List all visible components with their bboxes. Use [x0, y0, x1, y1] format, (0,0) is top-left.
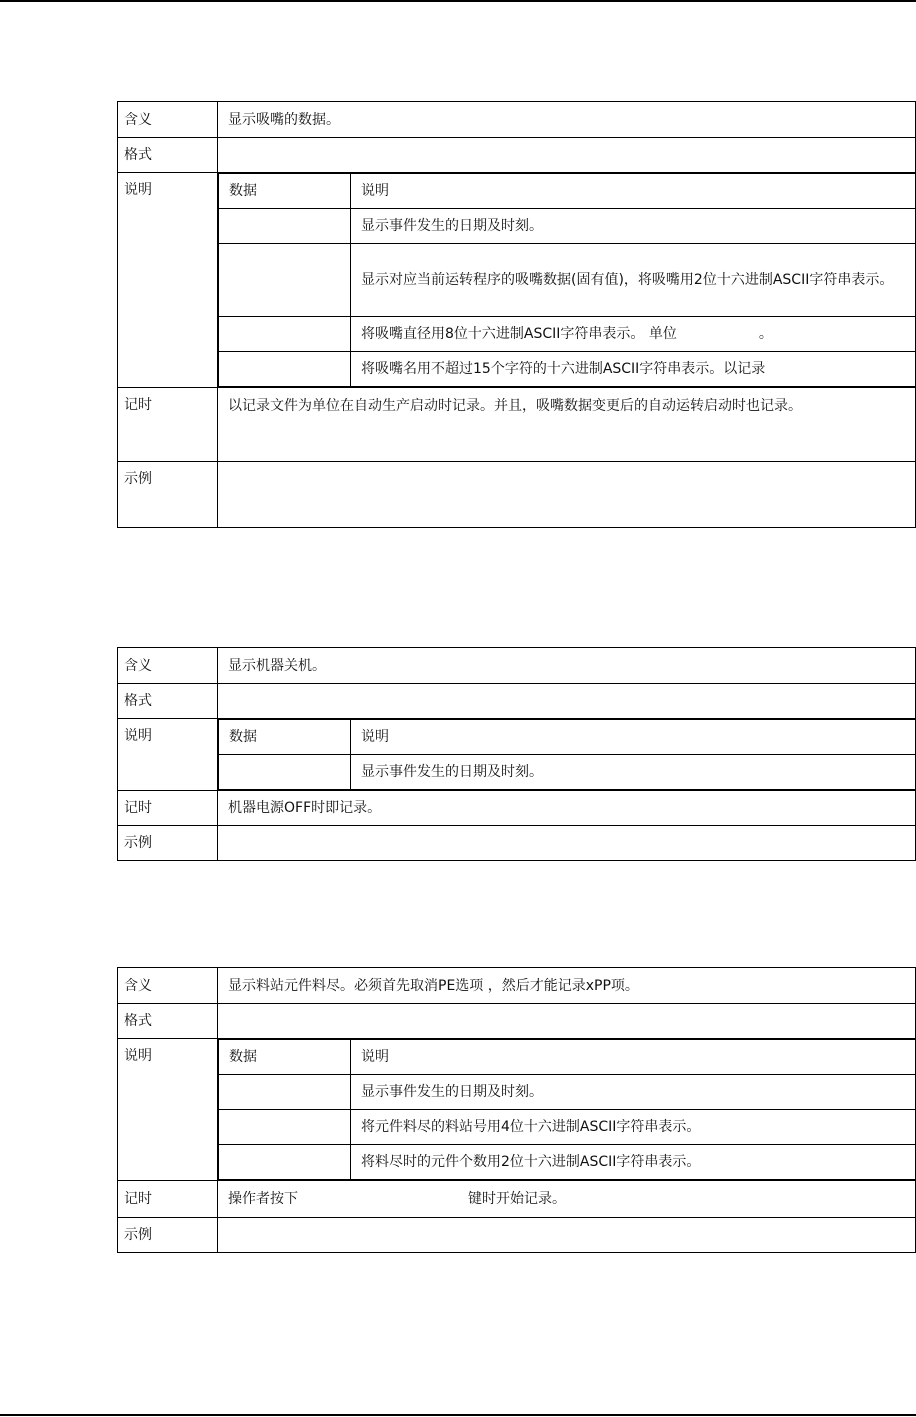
- description-row: 说明 数据 说明 显示事件发生的日期及时刻。: [118, 719, 916, 791]
- desc-cell: 将吸嘴直径用8位十六进制ASCII字符串表示。 单位。: [351, 317, 916, 352]
- desc-column-header: 说明: [351, 174, 916, 209]
- format-label: 格式: [118, 1004, 218, 1039]
- description-cell: 数据 说明 显示事件发生的日期及时刻。: [218, 719, 916, 791]
- timing-text-before: 操作者按下: [228, 1191, 298, 1207]
- description-cell: 数据 说明 显示事件发生的日期及时刻。 将元件料尽的料站号用4位十六进制ASCI…: [218, 1039, 916, 1181]
- example-row: 示例: [118, 1218, 916, 1253]
- meaning-value: 显示料站元件料尽。必须首先取消PE选项 ，然后才能记录xPP项。: [218, 968, 916, 1004]
- format-value: [218, 684, 916, 719]
- data-column-header: 数据: [219, 720, 351, 755]
- description-row: 说明 数据 说明 显示事件发生的日期及时刻。 将元件料尽的料站号用4位十六进制A…: [118, 1039, 916, 1181]
- data-column-header: 数据: [219, 1040, 351, 1075]
- timing-value: 以记录文件为单位在自动生产启动时记录。并且，吸嘴数据变更后的自动运转启动时也记录…: [218, 388, 916, 462]
- desc-cell: 显示对应当前运转程序的吸嘴数据(固有值)，将吸嘴用2位十六进制ASCII字符串表…: [351, 244, 916, 317]
- meaning-row: 含义 显示吸嘴的数据。: [118, 102, 916, 138]
- description-header-row: 数据 说明: [219, 720, 916, 755]
- description-item-row: 显示对应当前运转程序的吸嘴数据(固有值)，将吸嘴用2位十六进制ASCII字符串表…: [219, 244, 916, 317]
- example-row: 示例: [118, 826, 916, 861]
- meaning-value: 显示吸嘴的数据。: [218, 102, 916, 138]
- example-label: 示例: [118, 826, 218, 861]
- format-row: 格式: [118, 1004, 916, 1039]
- example-label: 示例: [118, 1218, 218, 1253]
- data-cell: [219, 1145, 351, 1180]
- desc-cell: 将料尽时的元件个数用2位十六进制ASCII字符串表示。: [351, 1145, 916, 1180]
- timing-row: 记时 操作者按下键时开始记录。: [118, 1181, 916, 1218]
- timing-row: 记时 机器电源OFF时即记录。: [118, 791, 916, 826]
- description-item-row: 将元件料尽的料站号用4位十六进制ASCII字符串表示。: [219, 1110, 916, 1145]
- data-cell: [219, 1075, 351, 1110]
- parts-empty-spec-table: 含义 显示料站元件料尽。必须首先取消PE选项 ，然后才能记录xPP项。 格式 说…: [117, 967, 916, 1253]
- description-label: 说明: [118, 173, 218, 388]
- example-label: 示例: [118, 462, 218, 528]
- description-item-row: 将吸嘴名用不超过15个字符的十六进制ASCII字符串表示。以记录: [219, 352, 916, 387]
- description-item-row: 将料尽时的元件个数用2位十六进制ASCII字符串表示。: [219, 1145, 916, 1180]
- format-row: 格式: [118, 684, 916, 719]
- data-cell: [219, 317, 351, 352]
- description-item-row: 显示事件发生的日期及时刻。: [219, 755, 916, 790]
- meaning-label: 含义: [118, 968, 218, 1004]
- machine-shutdown-spec-table: 含义 显示机器关机。 格式 说明 数据 说明 显示事件发生的日期及时刻。 记时 …: [117, 647, 916, 861]
- data-cell: [219, 244, 351, 317]
- description-cell: 数据 说明 显示事件发生的日期及时刻。 显示对应当前运转程序的吸嘴数据(固有值)…: [218, 173, 916, 388]
- description-item-row: 显示事件发生的日期及时刻。: [219, 209, 916, 244]
- example-value: [218, 1218, 916, 1253]
- format-value: [218, 1004, 916, 1039]
- data-cell: [219, 755, 351, 790]
- desc-cell: 将吸嘴名用不超过15个字符的十六进制ASCII字符串表示。以记录: [351, 352, 916, 387]
- format-label: 格式: [118, 138, 218, 173]
- description-subtable: 数据 说明 显示事件发生的日期及时刻。: [218, 719, 916, 790]
- desc-cell: 显示事件发生的日期及时刻。: [351, 209, 916, 244]
- page-header-rule: [0, 0, 916, 2]
- desc-column-header: 说明: [351, 1040, 916, 1075]
- nozzle-data-spec-table: 含义 显示吸嘴的数据。 格式 说明 数据 说明 显示事件发生的日期及时刻。 显示…: [117, 101, 916, 528]
- example-row: 示例: [118, 462, 916, 528]
- data-column-header: 数据: [219, 174, 351, 209]
- description-header-row: 数据 说明: [219, 1040, 916, 1075]
- description-label: 说明: [118, 719, 218, 791]
- timing-value: 机器电源OFF时即记录。: [218, 791, 916, 826]
- format-label: 格式: [118, 684, 218, 719]
- data-cell: [219, 352, 351, 387]
- desc-text: 将吸嘴直径用8位十六进制ASCII字符串表示。 单位: [361, 326, 677, 342]
- description-subtable: 数据 说明 显示事件发生的日期及时刻。 将元件料尽的料站号用4位十六进制ASCI…: [218, 1039, 916, 1180]
- format-value: [218, 138, 916, 173]
- desc-cell: 将元件料尽的料站号用4位十六进制ASCII字符串表示。: [351, 1110, 916, 1145]
- meaning-row: 含义 显示机器关机。: [118, 648, 916, 684]
- page-footer-rule: [0, 1414, 916, 1416]
- timing-label: 记时: [118, 1181, 218, 1218]
- description-subtable: 数据 说明 显示事件发生的日期及时刻。 显示对应当前运转程序的吸嘴数据(固有值)…: [218, 173, 916, 387]
- description-header-row: 数据 说明: [219, 174, 916, 209]
- format-row: 格式: [118, 138, 916, 173]
- data-cell: [219, 1110, 351, 1145]
- timing-row: 记时 以记录文件为单位在自动生产启动时记录。并且，吸嘴数据变更后的自动运转启动时…: [118, 388, 916, 462]
- timing-label: 记时: [118, 791, 218, 826]
- description-label: 说明: [118, 1039, 218, 1181]
- description-item-row: 显示事件发生的日期及时刻。: [219, 1075, 916, 1110]
- desc-tail: 。: [759, 326, 773, 342]
- meaning-row: 含义 显示料站元件料尽。必须首先取消PE选项 ，然后才能记录xPP项。: [118, 968, 916, 1004]
- desc-column-header: 说明: [351, 720, 916, 755]
- description-item-row: 将吸嘴直径用8位十六进制ASCII字符串表示。 单位。: [219, 317, 916, 352]
- timing-value: 操作者按下键时开始记录。: [218, 1181, 916, 1218]
- meaning-label: 含义: [118, 648, 218, 684]
- desc-cell: 显示事件发生的日期及时刻。: [351, 1075, 916, 1110]
- example-value: [218, 462, 916, 528]
- meaning-label: 含义: [118, 102, 218, 138]
- timing-text-after: 键时开始记录。: [468, 1191, 566, 1207]
- data-cell: [219, 209, 351, 244]
- desc-cell: 显示事件发生的日期及时刻。: [351, 755, 916, 790]
- example-value: [218, 826, 916, 861]
- meaning-value: 显示机器关机。: [218, 648, 916, 684]
- description-row: 说明 数据 说明 显示事件发生的日期及时刻。 显示对应当前运转程序的吸嘴数据(固…: [118, 173, 916, 388]
- timing-label: 记时: [118, 388, 218, 462]
